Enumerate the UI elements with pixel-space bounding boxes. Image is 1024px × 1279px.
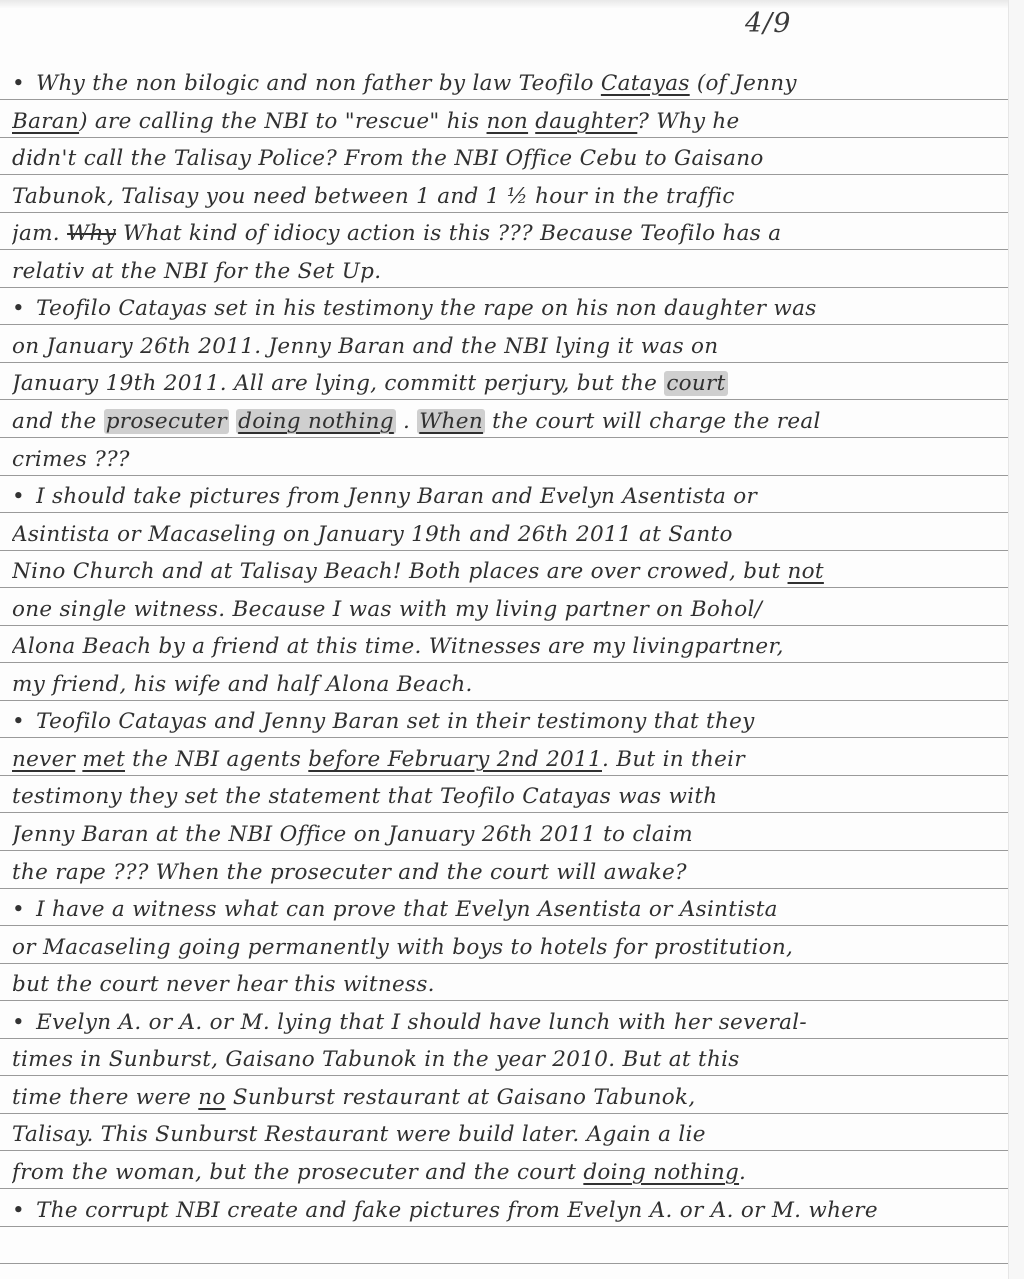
emphasized-text: never [12, 747, 75, 772]
text-segment: or Macaseling going permanently with boy… [12, 935, 793, 960]
text-segment: times in Sunburst, Gaisano Tabunok in th… [12, 1047, 740, 1072]
text-segment: I should take pictures from Jenny Baran … [29, 484, 757, 509]
text-segment: . [396, 409, 417, 434]
text-line: time there were no Sunburst restaurant a… [12, 1081, 1002, 1115]
emphasized-text: not [788, 559, 824, 584]
text-segment: my friend, his wife and half Alona Beach… [12, 672, 473, 697]
text-line: • Teofilo Catayas set in his testimony t… [12, 292, 1002, 326]
text-segment: The corrupt NBI create and fake pictures… [29, 1198, 878, 1223]
text-segment: but the court never hear this witness. [12, 972, 435, 997]
text-segment: and the [12, 409, 104, 434]
text-line: • Teofilo Catayas and Jenny Baran set in… [12, 705, 1002, 739]
text-line: Tabunok, Talisay you need between 1 and … [12, 180, 1002, 214]
text-segment: on January 26th 2011. Jenny Baran and th… [12, 334, 718, 359]
emphasized-text: court [664, 371, 727, 396]
text-segment: Sunburst restaurant at Gaisano Tabunok, [226, 1085, 696, 1110]
text-line: the rape ??? When the prosecuter and the… [12, 856, 1002, 890]
page-edge [1008, 0, 1024, 1279]
text-segment: I have a witness what can prove that Eve… [29, 897, 778, 922]
text-segment: Why the non bilogic and non father by la… [29, 71, 601, 96]
text-segment: didn't call the Talisay Police? From the… [12, 146, 764, 171]
emphasized-text: doing nothing [583, 1160, 739, 1185]
text-segment: Teofilo Catayas and Jenny Baran set in t… [29, 709, 755, 734]
text-line: • I have a witness what can prove that E… [12, 893, 1002, 927]
text-segment: crimes ??? [12, 447, 130, 472]
bullet-icon: • [12, 484, 25, 509]
text-line: and the prosecuter doing nothing . When … [12, 405, 1002, 439]
text-segment: . [739, 1160, 746, 1185]
text-line: Baran) are calling the NBI to "rescue" h… [12, 105, 1002, 139]
text-line: times in Sunburst, Gaisano Tabunok in th… [12, 1043, 1002, 1077]
text-line: relativ at the NBI for the Set Up. [12, 255, 1002, 289]
text-line: testimony they set the statement that Te… [12, 780, 1002, 814]
bullet-icon: • [12, 1010, 25, 1035]
text-line: Talisay. This Sunburst Restaurant were b… [12, 1118, 1002, 1152]
text-line: never met the NBI agents before February… [12, 743, 1002, 777]
text-segment: jam. [12, 221, 67, 246]
bullet-icon: • [12, 709, 25, 734]
text-line: • Evelyn A. or A. or M. lying that I sho… [12, 1006, 1002, 1040]
text-segment: . But in their [602, 747, 745, 772]
emphasized-text: Catayas [601, 71, 690, 96]
text-segment: the NBI agents [125, 747, 308, 772]
text-segment: Alona Beach by a friend at this time. Wi… [12, 634, 784, 659]
emphasized-text: daughter [535, 109, 637, 134]
text-line: Jenny Baran at the NBI Office on January… [12, 818, 1002, 852]
bullet-icon: • [12, 296, 25, 321]
text-segment: Tabunok, Talisay you need between 1 and … [12, 184, 735, 209]
text-line: or Macaseling going permanently with boy… [12, 931, 1002, 965]
text-line: didn't call the Talisay Police? From the… [12, 142, 1002, 176]
emphasized-text: Why [67, 221, 116, 246]
emphasized-text: Baran [12, 109, 79, 134]
text-line: jam. Why What kind of idiocy action is t… [12, 217, 1002, 251]
text-line: Alona Beach by a friend at this time. Wi… [12, 630, 1002, 664]
page-number: 4/9 [745, 8, 791, 39]
emphasized-text: prosecuter [104, 409, 229, 434]
bullet-icon: • [12, 71, 25, 96]
text-segment: relativ at the NBI for the Set Up. [12, 259, 381, 284]
emphasized-text: before February 2nd 2011 [308, 747, 602, 772]
emphasized-text: met [82, 747, 125, 772]
text-segment: Nino Church and at Talisay Beach! Both p… [12, 559, 788, 584]
emphasized-text: doing nothing [236, 409, 396, 434]
text-segment: What kind of idiocy action is this ??? B… [116, 221, 781, 246]
text-line: one single witness. Because I was with m… [12, 593, 1002, 627]
text-line: from the woman, but the prosecuter and t… [12, 1156, 1002, 1190]
text-line: my friend, his wife and half Alona Beach… [12, 668, 1002, 702]
text-segment: time there were [12, 1085, 198, 1110]
text-segment: Evelyn A. or A. or M. lying that I shoul… [29, 1010, 807, 1035]
text-segment: one single witness. Because I was with m… [12, 597, 762, 622]
text-line: but the court never hear this witness. [12, 968, 1002, 1002]
emphasized-text: non [487, 109, 529, 134]
text-segment: Asintista or Macaseling on January 19th … [12, 522, 733, 547]
text-line: January 19th 2011. All are lying, commit… [12, 367, 1002, 401]
text-segment: testimony they set the statement that Te… [12, 784, 717, 809]
text-segment: the rape ??? When the prosecuter and the… [12, 860, 687, 885]
text-line: Nino Church and at Talisay Beach! Both p… [12, 555, 1002, 589]
bullet-icon: • [12, 897, 25, 922]
text-segment: Teofilo Catayas set in his testimony the… [29, 296, 817, 321]
text-segment: Talisay. This Sunburst Restaurant were b… [12, 1122, 706, 1147]
text-line: • The corrupt NBI create and fake pictur… [12, 1194, 1002, 1228]
text-segment: January 19th 2011. All are lying, commit… [12, 371, 664, 396]
text-segment: (of Jenny [690, 71, 797, 96]
text-line: • Why the non bilogic and non father by … [12, 67, 1002, 101]
scanned-page: 4/9 • Why the non bilogic and non father… [0, 0, 1024, 1279]
text-segment: from the woman, but the prosecuter and t… [12, 1160, 583, 1185]
bullet-icon: • [12, 1198, 25, 1223]
text-line: • I should take pictures from Jenny Bara… [12, 480, 1002, 514]
text-line: on January 26th 2011. Jenny Baran and th… [12, 330, 1002, 364]
text-segment: the court will charge the real [485, 409, 821, 434]
text-segment: ) are calling the NBI to "rescue" his [79, 109, 486, 134]
scan-shadow [0, 0, 1010, 8]
text-line: crimes ??? [12, 443, 1002, 477]
text-segment: ? Why he [637, 109, 739, 134]
text-segment: Jenny Baran at the NBI Office on January… [12, 822, 693, 847]
emphasized-text: no [198, 1085, 225, 1110]
rule-line [0, 1263, 1008, 1264]
text-line: Asintista or Macaseling on January 19th … [12, 518, 1002, 552]
emphasized-text: When [417, 409, 485, 434]
